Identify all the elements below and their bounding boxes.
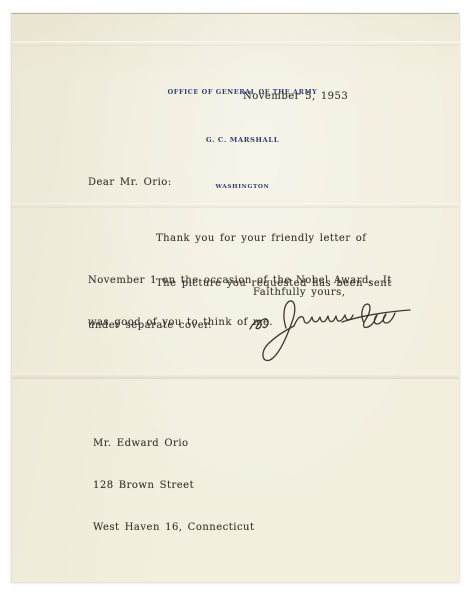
recipient-address: Mr. Edward Orio 128 Brown Street West Ha… — [93, 409, 255, 563]
salutation: Dear Mr. Orio: — [88, 176, 172, 190]
letterhead-name-line: G. C. MARSHALL — [19, 136, 466, 146]
signature-stroke — [250, 319, 268, 329]
recipient-city: West Haven 16, Connecticut — [93, 521, 255, 535]
photo-background: OFFICE OF GENERAL OF THE ARMY G. C. MARS… — [0, 0, 469, 600]
fold-crease-top — [12, 41, 459, 46]
signature-ink — [246, 298, 414, 366]
signature-stroke — [294, 315, 353, 326]
date-line: November 5, 1953 — [243, 90, 348, 104]
letter-paper: OFFICE OF GENERAL OF THE ARMY G. C. MARS… — [11, 13, 459, 582]
fold-crease-lower — [12, 373, 459, 379]
recipient-street: 128 Brown Street — [93, 479, 255, 493]
letterhead-city-line: WASHINGTON — [19, 183, 466, 193]
recipient-name: Mr. Edward Orio — [93, 437, 255, 451]
signature-stroke — [263, 301, 295, 361]
paragraph-line: The picture you requested has been sent — [88, 277, 392, 291]
paragraph-line: Thank you for your friendly letter of — [88, 232, 392, 246]
